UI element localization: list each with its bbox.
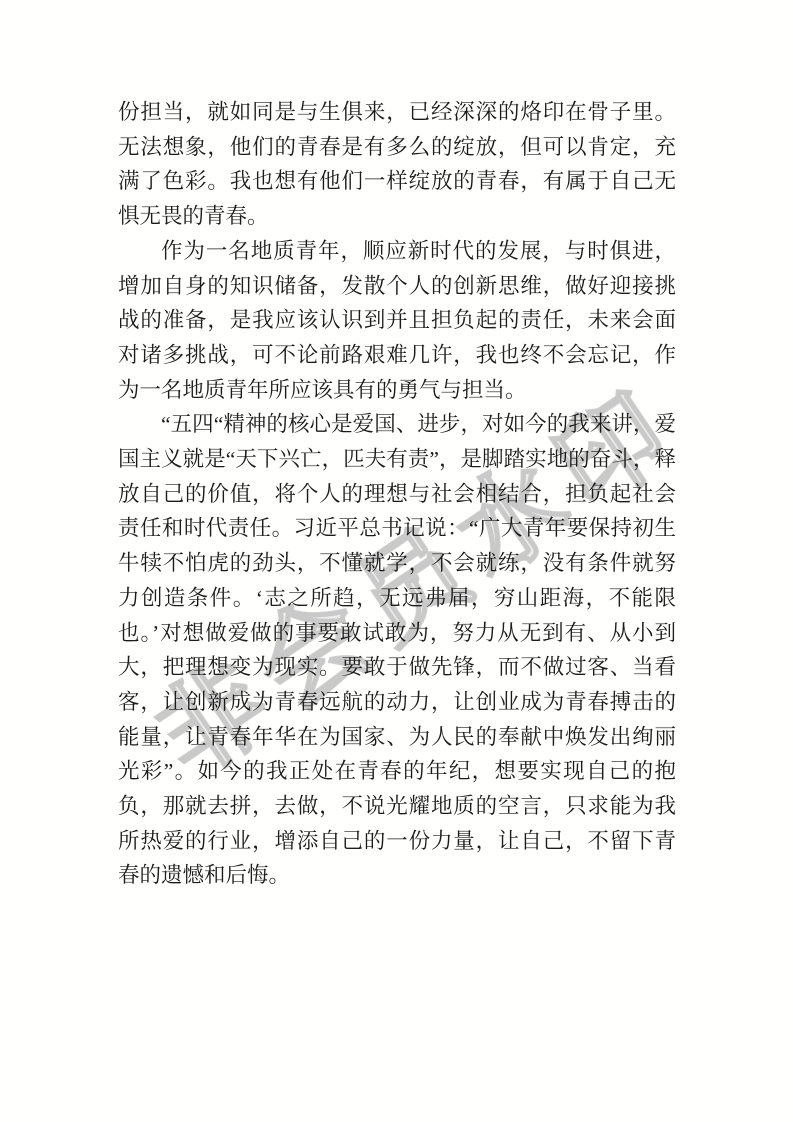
paragraph: “五四“精神的核心是爱国、进步，对如今的我来讲，爱国主义就是“天下兴亡，匹夫有责… (118, 407, 676, 893)
document-page: 非会员水印 份担当，就如同是与生俱来，已经深深的烙印在骨子里。无法想象，他们的青… (0, 0, 793, 1122)
document-body: 份担当，就如同是与生俱来，已经深深的烙印在骨子里。无法想象，他们的青春是有多么的… (118, 95, 676, 893)
paragraph: 份担当，就如同是与生俱来，已经深深的烙印在骨子里。无法想象，他们的青春是有多么的… (118, 95, 676, 234)
paragraph: 作为一名地质青年，顺应新时代的发展，与时俱进，增加自身的知识储备，发散个人的创新… (118, 234, 676, 408)
